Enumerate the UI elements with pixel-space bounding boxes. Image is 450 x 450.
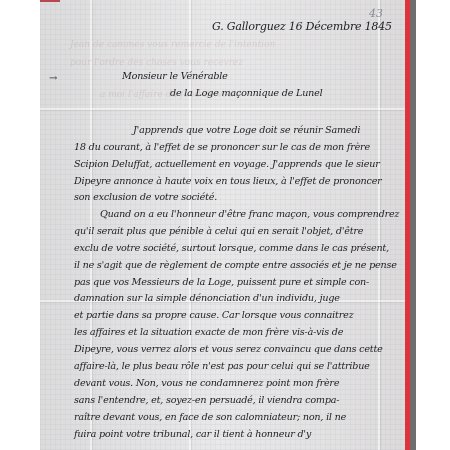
salutation-line-2: de la Loge maçonnique de Lunel	[170, 88, 323, 99]
body-line: Quand on a eu l'honneur d'être franc maç…	[100, 209, 399, 220]
body-line: Dipeyre annonce à haute voix en tous lie…	[74, 176, 382, 187]
body-line: raître devant vous, en face de son calom…	[74, 412, 346, 423]
body-line: devant vous. Non, vous ne condamnerez po…	[74, 378, 339, 389]
red-edge-fragment	[40, 0, 60, 2]
body-line: 18 du courant, à l'effet de se prononcer…	[74, 142, 370, 153]
body-line: et partie dans sa propre cause. Car lors…	[74, 310, 353, 321]
body-line: damnation sur la simple dénonciation d'u…	[74, 293, 340, 304]
body-line: les affaires et la situation exacte de m…	[74, 327, 343, 338]
body-line: J'apprends que votre Loge doit se réunir…	[133, 125, 360, 136]
margin-arrow-mark: →	[49, 73, 57, 84]
salutation-line-1: Monsieur le Vénérable	[122, 71, 228, 82]
fold-line	[378, 0, 380, 450]
body-line: il ne s'agit que de règlement de compte …	[74, 260, 397, 271]
body-line: qu'il serait plus que pénible à celui qu…	[74, 226, 363, 237]
scan-border	[410, 0, 416, 450]
dateline: G. Gallorguez 16 Décembre 1845	[212, 20, 392, 33]
body-line: fuira point votre tribunal, car il tient…	[74, 429, 311, 440]
fold-line	[40, 108, 405, 110]
body-line: Scipion Deluffat, actuellement en voyage…	[74, 159, 380, 170]
body-line: exclu de votre société, surtout lorsque,…	[74, 243, 389, 254]
page-number: 43	[369, 7, 383, 20]
body-line: pas que vos Messieurs de la Loge, puisse…	[74, 277, 369, 288]
body-line: Dipeyre, vous verrez alors et vous serez…	[74, 344, 383, 355]
body-line: affaire-là, le plus beau rôle n'est pas …	[74, 361, 370, 372]
body-line: sans l'entendre, et, soyez-en persuadé, …	[74, 395, 339, 406]
body-line: son exclusion de votre société.	[74, 192, 217, 203]
